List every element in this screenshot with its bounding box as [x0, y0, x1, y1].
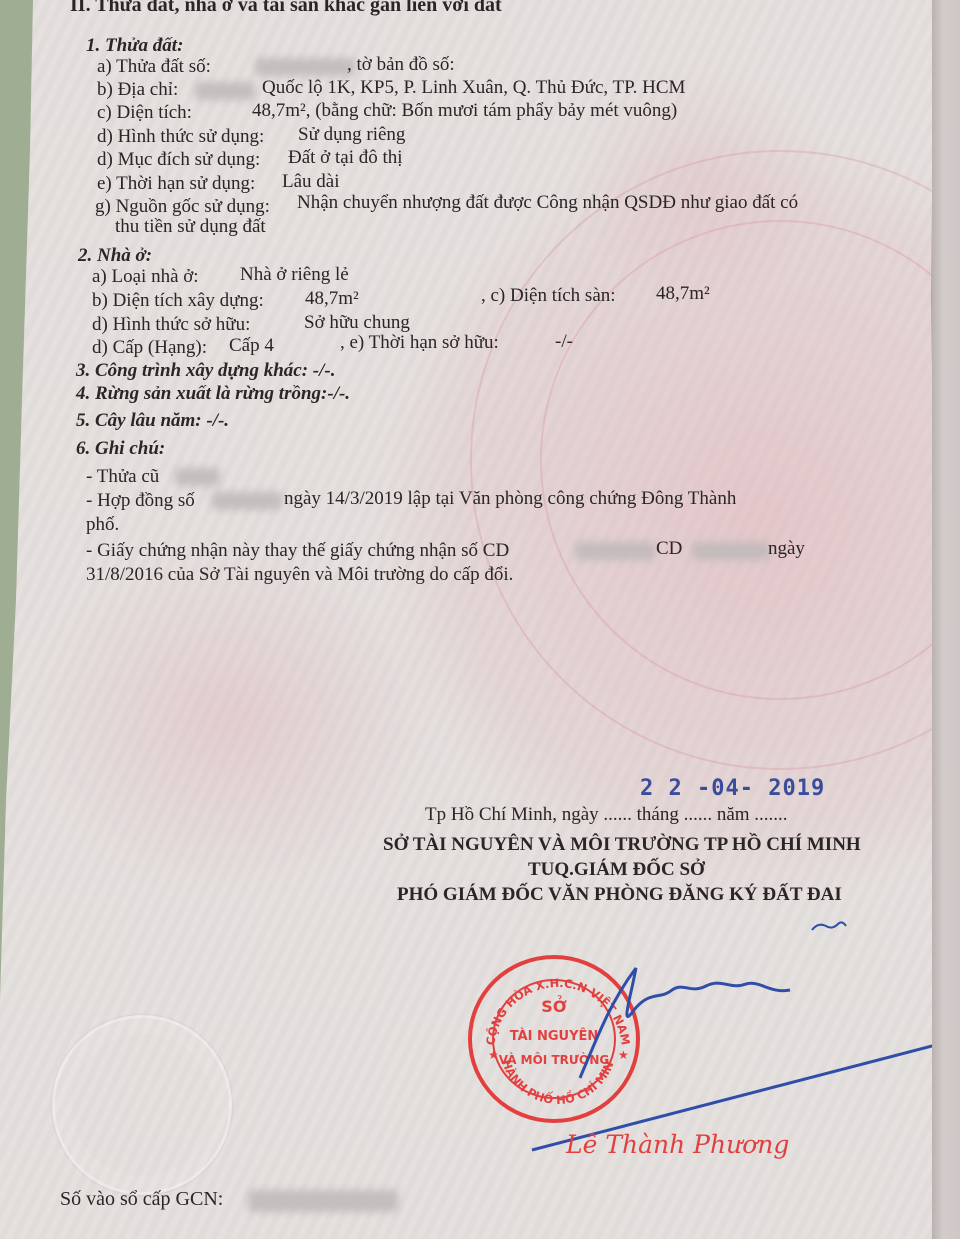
house-grade-label: d) Cấp (Hạng): [92, 337, 207, 359]
redacted-parcel-number [255, 58, 355, 76]
house-floor-area-value: 48,7m² [656, 283, 710, 305]
house-built-area-label: b) Diện tích xây dựng: [92, 290, 264, 312]
house-grade-value: Cấp 4 [229, 335, 274, 357]
seal-center-line1: SỞ [472, 997, 636, 1016]
redacted-certificate-number-2 [692, 542, 770, 560]
perennial-trees: 5. Cây lâu năm: -/-. [76, 410, 229, 432]
land-use-form-value: Sử dụng riêng [298, 124, 405, 146]
land-origin-value-line2: thu tiền sử dụng đất [115, 216, 266, 238]
registry-number-label: Số vào sổ cấp GCN: [60, 1188, 223, 1210]
stamped-issue-date: 2 2 -04- 2019 [640, 776, 825, 801]
house-floor-area-label: , c) Diện tích sàn: [481, 285, 616, 307]
house-heading: 2. Nhà ở: [78, 245, 152, 267]
embossed-seal [52, 1015, 232, 1195]
redacted-certificate-number-1 [575, 542, 655, 560]
house-type-value: Nhà ở riêng lẻ [240, 264, 349, 286]
land-use-term-value: Lâu dài [282, 171, 340, 193]
page-right-edge [932, 0, 960, 1239]
house-ownership-value: Sở hữu chung [304, 312, 410, 334]
note-replacement-date-label: ngày [768, 538, 805, 560]
other-construction: 3. Công trình xây dựng khác: -/-. [76, 360, 335, 382]
land-area-label: c) Diện tích: [97, 102, 192, 124]
redacted-address [195, 82, 255, 100]
land-map-sheet-label: , tờ bản đồ số: [347, 54, 455, 76]
issuing-authority: SỞ TÀI NGUYÊN VÀ MÔI TRƯỜNG TP HỒ CHÍ MI… [383, 834, 861, 856]
production-forest: 4. Rừng sản xuất là rừng trồng:-/-. [76, 383, 350, 405]
land-heading: 1. Thửa đất: [86, 35, 183, 57]
signer-name: Lê Thành Phương [566, 1130, 789, 1159]
redacted-old-parcel [175, 468, 220, 486]
house-ownership-term-value: -/- [555, 331, 573, 353]
house-ownership-term-label: , e) Thời hạn sở hữu: [340, 332, 499, 354]
place-and-date-line: Tp Hồ Chí Minh, ngày ...... tháng ......… [425, 804, 788, 826]
note-replacement-detail: 31/8/2016 của Sở Tài nguyên và Môi trườn… [86, 564, 513, 586]
land-address-label: b) Địa chỉ: [97, 79, 178, 101]
section-title: II. Thửa đất, nhà ở và tài sản khác gắn … [70, 0, 502, 16]
on-behalf-of-director: TUQ.GIÁM ĐỐC SỞ [528, 859, 705, 881]
note-contract-label: - Hợp đồng số [86, 490, 195, 512]
land-address-value: Quốc lộ 1K, KP5, P. Linh Xuân, Q. Thủ Đứ… [262, 77, 685, 99]
land-area-value: 48,7m², (bằng chữ: Bốn mươi tám phẩy bảy… [252, 100, 677, 122]
land-use-purpose-value: Đất ở tại đô thị [288, 147, 403, 169]
signer-position: PHÓ GIÁM ĐỐC VĂN PHÒNG ĐĂNG KÝ ĐẤT ĐAI [397, 884, 842, 906]
seal-center-line3: VÀ MÔI TRƯỜNG [472, 1053, 636, 1067]
certificate-page: II. Thửa đất, nhà ở và tài sản khác gắn … [0, 0, 960, 1239]
note-replacement-label: - Giấy chứng nhận này thay thế giấy chứn… [86, 540, 509, 562]
note-contract-detail: ngày 14/3/2019 lập tại Văn phòng công ch… [284, 488, 736, 510]
decorative-rosette [470, 150, 960, 770]
land-origin-label: g) Nguồn gốc sử dụng: [95, 196, 270, 218]
land-use-purpose-label: d) Mục đích sử dụng: [97, 149, 260, 171]
official-red-seal: CỘNG HÒA X.H.C.N VIỆT NAM THÀNH PHỐ HỒ C… [468, 955, 640, 1123]
land-use-form-label: d) Hình thức sử dụng: [97, 126, 264, 148]
note-replacement-cd: CD [656, 538, 682, 560]
land-parcel-label: a) Thửa đất số: [97, 56, 211, 78]
note-contract-continuation: phố. [86, 514, 119, 536]
land-use-term-label: e) Thời hạn sử dụng: [97, 173, 255, 195]
redacted-registry-number [248, 1190, 398, 1212]
seal-center-line2: TÀI NGUYÊN [472, 1029, 636, 1044]
house-type-label: a) Loại nhà ở: [92, 266, 199, 288]
note-old-parcel: - Thửa cũ [86, 466, 159, 488]
notes-heading: 6. Ghi chú: [76, 438, 165, 460]
land-origin-value-line1: Nhận chuyển nhượng đất được Công nhận QS… [297, 192, 798, 214]
house-built-area-value: 48,7m² [305, 288, 359, 310]
redacted-contract-number [212, 492, 282, 510]
house-ownership-label: d) Hình thức sở hữu: [92, 314, 250, 336]
